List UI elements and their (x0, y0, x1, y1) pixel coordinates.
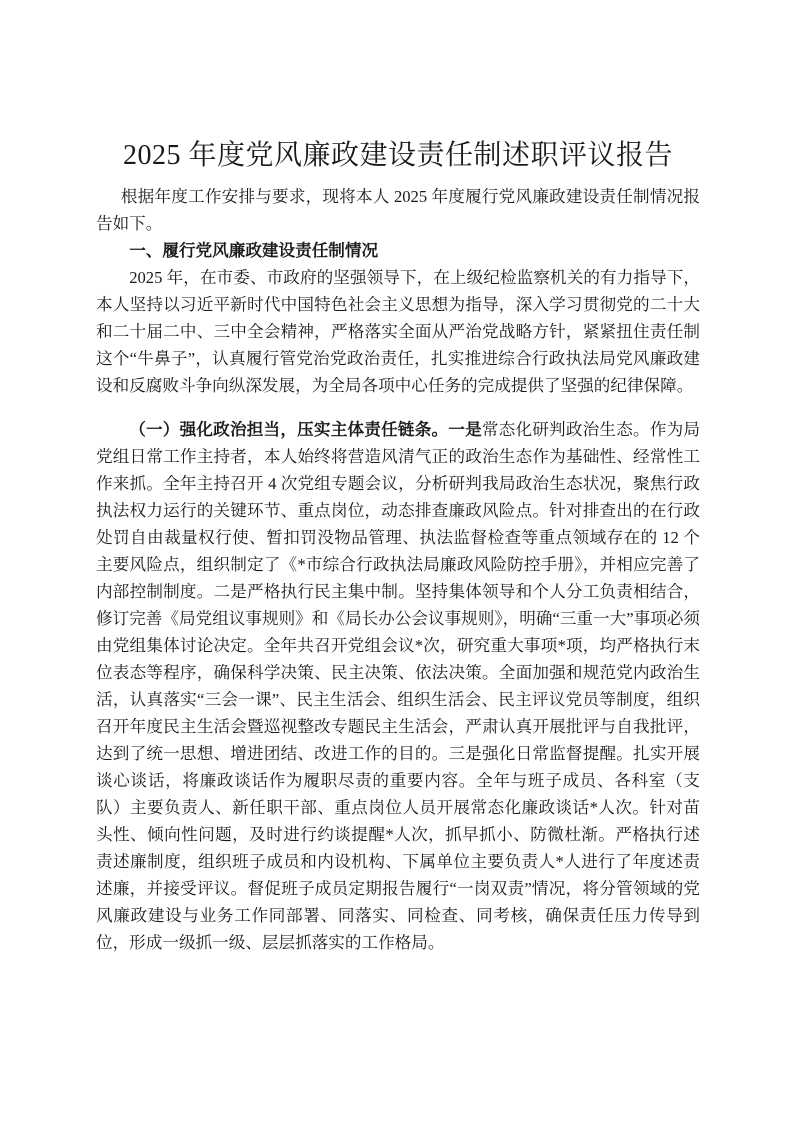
section-1-heading: 一、履行党风廉政建设责任制情况 (96, 237, 700, 264)
paragraph-2-bold-lead: （一）强化政治担当，压实主体责任链条。一是 (129, 420, 482, 439)
document-content: 2025 年度党风廉政建设责任制述职评议报告 根据年度工作安排与要求，现将本人 … (96, 138, 700, 956)
intro-paragraph: 根据年度工作安排与要求，现将本人 2025 年度履行党风廉政建设责任制情况报告如… (96, 183, 700, 237)
paragraph-2-body-text: 常态化研判政治生态。作为局党组日常工作主持者，本人始终将营造风清气正的政治生态作… (96, 420, 700, 952)
section-1-paragraph-1: 2025 年，在市委、市政府的坚强领导下，在上级纪检监察机关的有力指导下，本人坚… (96, 264, 700, 399)
document-title: 2025 年度党风廉政建设责任制述职评议报告 (96, 138, 700, 174)
section-1-paragraph-2: （一）强化政治担当，压实主体责任链条。一是常态化研判政治生态。作为局党组日常工作… (96, 416, 700, 956)
document-page: 2025 年度党风廉政建设责任制述职评议报告 根据年度工作安排与要求，现将本人 … (0, 0, 793, 1121)
